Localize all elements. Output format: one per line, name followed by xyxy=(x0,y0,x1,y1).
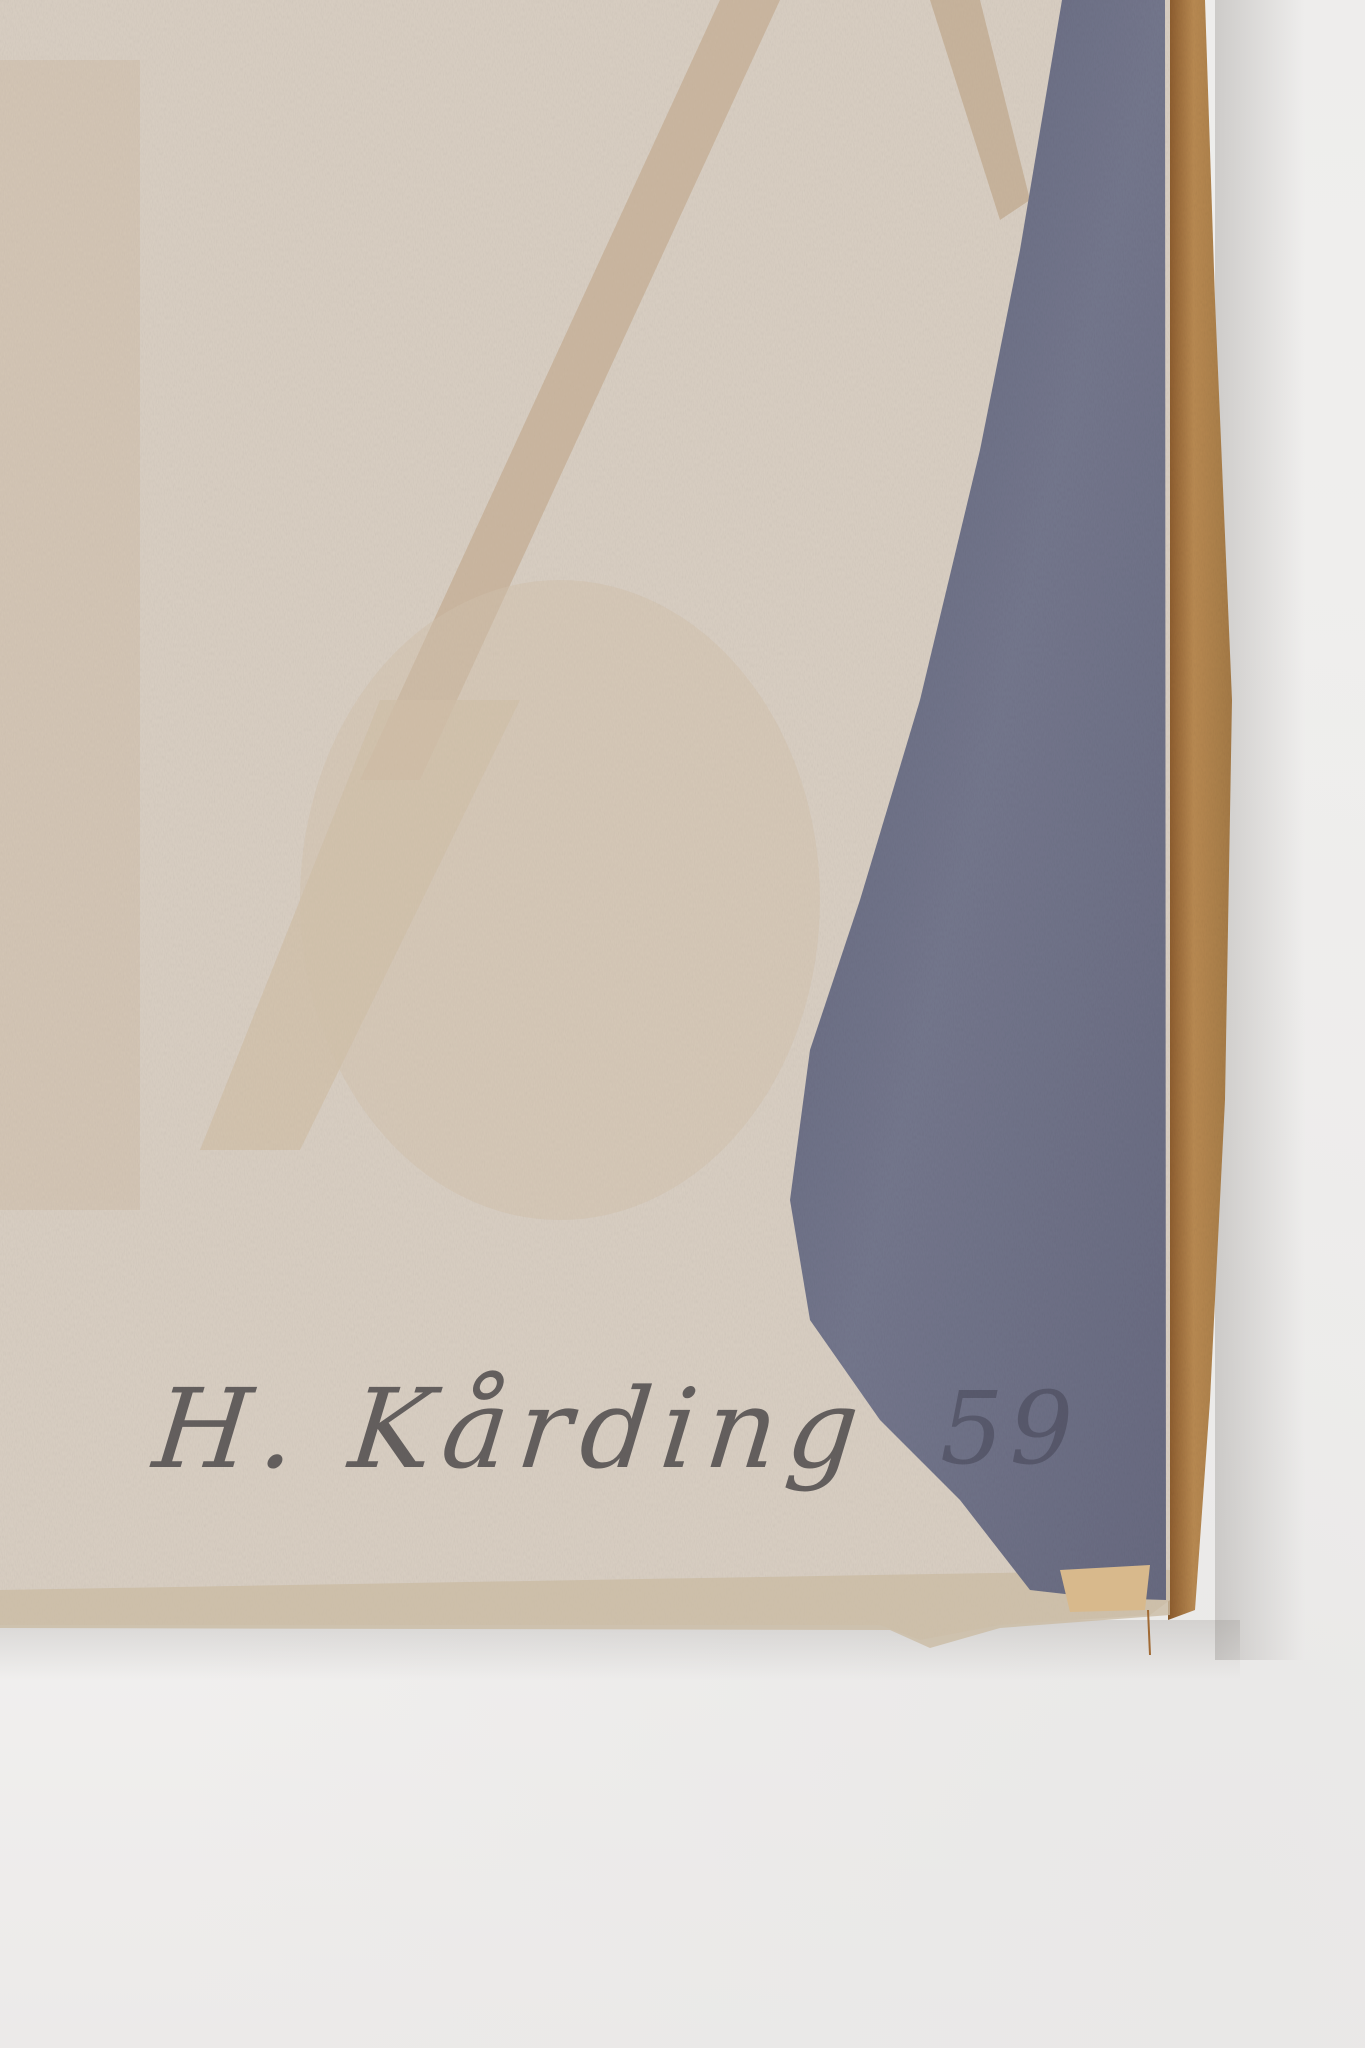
burlap-edge xyxy=(1168,0,1232,1620)
worn-corner-patch xyxy=(1060,1565,1150,1612)
painting-corner xyxy=(0,0,1365,2048)
painting-year: 59 xyxy=(940,1370,1079,1487)
loose-thread xyxy=(1148,1610,1150,1655)
artist-signature: H. Kårding xyxy=(148,1365,875,1493)
